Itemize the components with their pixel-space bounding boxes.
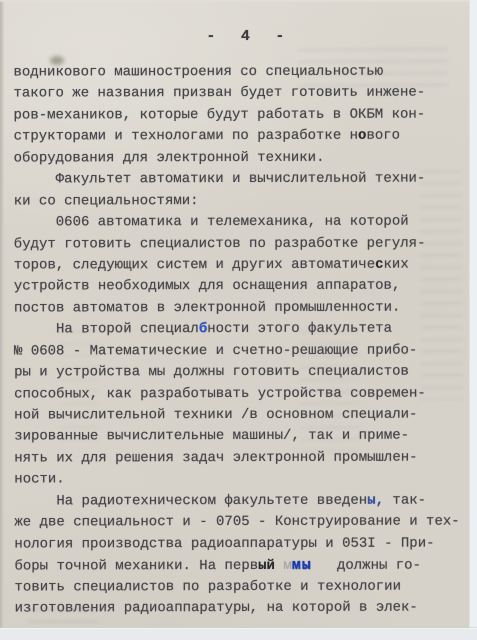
scan-edge-bottom: [0, 629, 477, 640]
page-number: - 4 -: [0, 28, 477, 45]
text-line: На радиотехническом факультете введены, …: [14, 490, 466, 512]
text-line: же две специальност и - 0705 - Конструир…: [14, 512, 466, 534]
text-line: ности.: [14, 469, 466, 491]
text-line: На второй специалбности этого факультета: [14, 319, 466, 341]
text-line: торов, следующих систем и других автомат…: [14, 254, 466, 276]
text-line: структорами и технологами по разработке …: [14, 126, 466, 148]
scan-edge-left: [0, 0, 4, 640]
text-line: оборудования для электронной техники.: [14, 147, 466, 169]
text-line: ки со специальностями:: [14, 190, 466, 212]
text-line: № 0608 - Математические и счетно-решающи…: [14, 340, 466, 362]
text-line: нять их для решения задач электронной пр…: [14, 447, 466, 469]
handwritten-blue-correction: мы: [292, 557, 312, 574]
text-line: товить специалистов по разработке и техн…: [14, 576, 466, 598]
scanned-page: - 4 - водникового машиностроения со спец…: [0, 0, 477, 640]
typed-text-block: водникового машиностроения со специально…: [13, 62, 466, 620]
text-line: ров-механиков, которые будут работать в …: [14, 104, 466, 126]
text-line: Факультет автоматики и вычислительной те…: [14, 169, 466, 191]
text-line: нология производства радиоаппаратуры и 0…: [14, 533, 466, 555]
scan-edge-top: [0, 0, 477, 3]
text-line: постов автоматов в электронной промышлен…: [14, 297, 466, 319]
text-line: зированные вычислительные машины/, так и…: [14, 426, 466, 448]
text-line: изготовления радиоаппаратуры, на которой…: [15, 597, 467, 619]
text-line: такого же названия призван будет готовит…: [13, 83, 465, 105]
text-line: устройств необходимых для оснащения аппа…: [14, 276, 466, 298]
text-line: будут готовить специалистов по разработк…: [14, 233, 466, 255]
text-line: ры и устройства мы должны готовить специ…: [14, 362, 466, 384]
text-line: боры точной механики. На первый ммы долж…: [14, 555, 466, 577]
text-line: 0606 автоматика и телемеханика, на котор…: [14, 212, 466, 234]
scan-edge-right: [470, 0, 477, 640]
text-line: способных, как разработывать устройства …: [14, 383, 466, 405]
text-line: водникового машиностроения со специально…: [13, 62, 465, 84]
text-line: ной вычислительной техники /в основном с…: [14, 405, 466, 427]
blue-ink-correction: ы,: [367, 492, 384, 508]
